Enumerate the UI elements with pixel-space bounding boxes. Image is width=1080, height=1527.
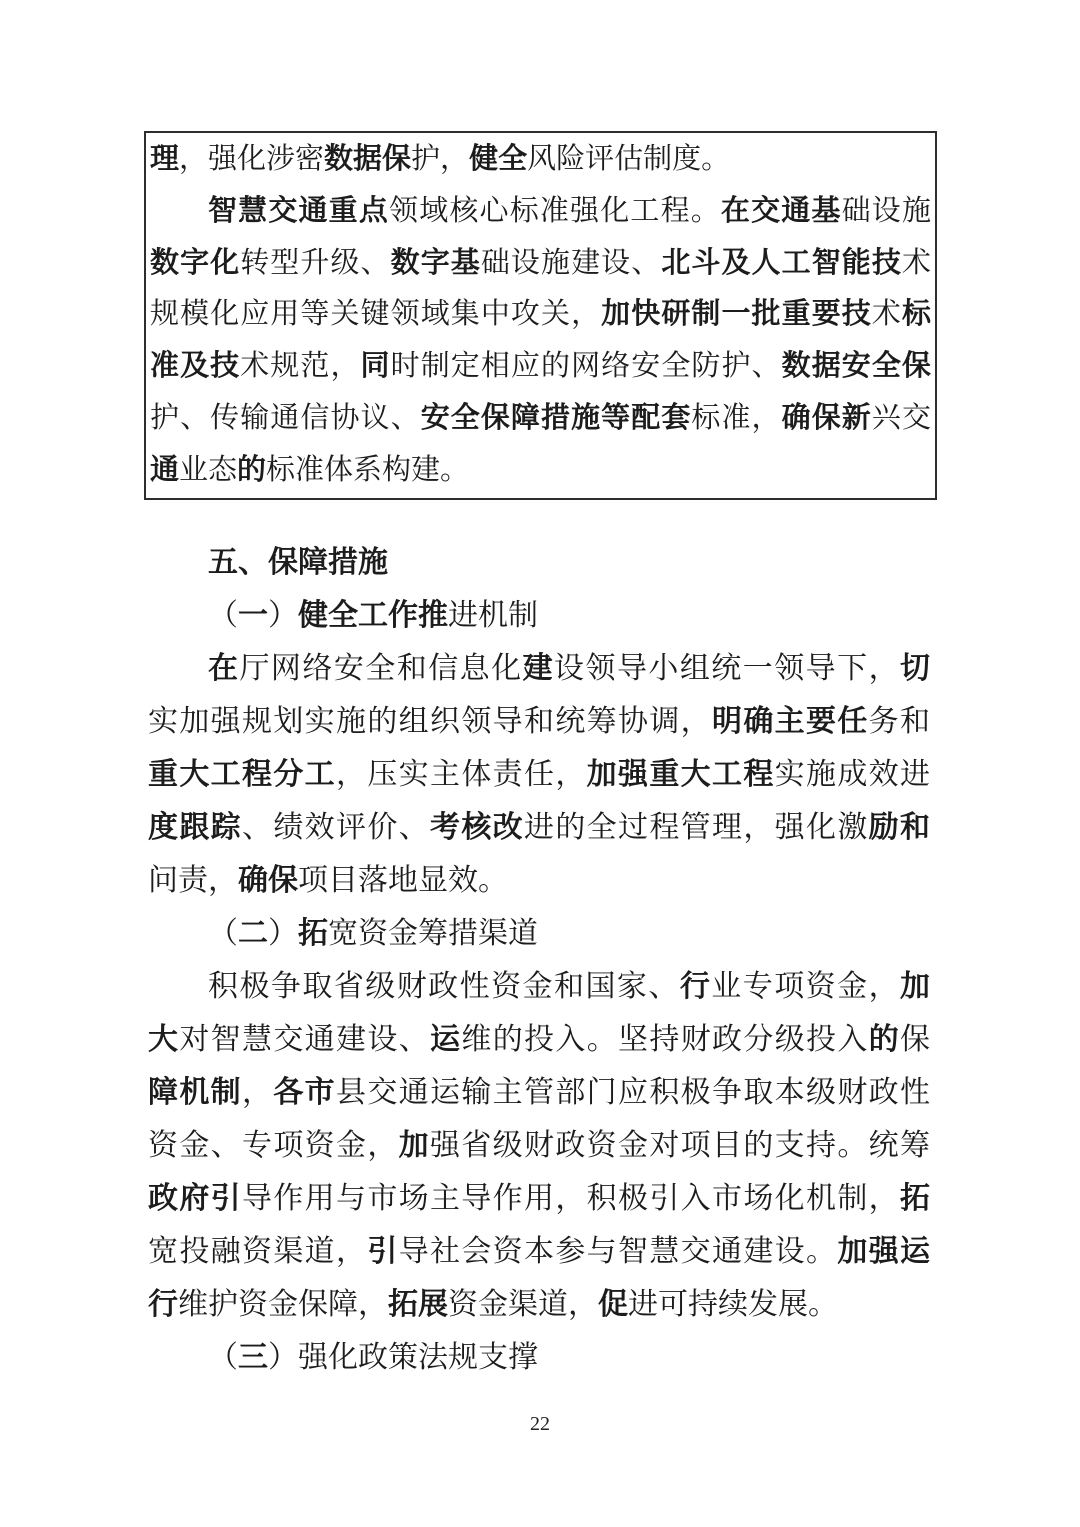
text-segment: 宽投融资渠道， xyxy=(148,1235,367,1268)
text-segment: 导作用与市场主导作用，积极引入市场化机制， xyxy=(242,1182,900,1215)
text-line: 五、保障措施 xyxy=(148,536,930,589)
text-segment: 明确主要任 xyxy=(712,705,869,738)
text-line: 度跟踪、绩效评价、考核改进的全过程管理，强化激励和 xyxy=(148,801,930,854)
text-segment: ，压实主体责任， xyxy=(336,758,587,791)
box-text: 理，强化涉密数据保护，健全风险评估制度。智慧交通重点领域核心标准强化工程。在交通… xyxy=(150,134,931,497)
text-segment: （ xyxy=(208,1341,238,1374)
text-segment: 大 xyxy=(148,1023,179,1056)
text-line: 大对智慧交通建设、运维的投入。坚持财政分级投入的保 xyxy=(148,1013,930,1066)
highlight-box: 理，强化涉密数据保护，健全风险评估制度。智慧交通重点领域核心标准强化工程。在交通… xyxy=(144,131,937,500)
text-segment: 确保新 xyxy=(782,402,872,434)
text-segment: 重大工程分工 xyxy=(148,758,336,791)
text-segment: 同 xyxy=(361,350,391,382)
text-segment: 领域核心标准强化工程。 xyxy=(389,195,721,227)
text-segment: 健全工作推 xyxy=(298,599,448,632)
text-line: 规模化应用等关键领域集中攻关，加快研制一批重要技术标 xyxy=(150,289,931,341)
text-segment: 业专项资金， xyxy=(711,970,900,1003)
text-segment: 问责， xyxy=(148,864,238,897)
text-segment: 数字化 xyxy=(150,247,240,279)
text-segment: 标准， xyxy=(691,402,781,434)
text-segment: 运 xyxy=(430,1023,461,1056)
text-segment: 础设施 xyxy=(842,195,931,227)
text-line: 障机制，各市县交通运输主管部门应积极争取本级财政性 xyxy=(148,1066,930,1119)
page-number: 22 xyxy=(0,1413,1080,1436)
text-segment: 风险评估制度。 xyxy=(527,143,730,175)
text-segment: ） xyxy=(268,599,298,632)
text-segment: 五、保障措施 xyxy=(208,546,388,579)
text-segment: 拓 xyxy=(298,917,328,950)
text-segment: 强化政策法规支撑 xyxy=(298,1341,538,1374)
text-line: 通业态的标准体系构建。 xyxy=(150,445,931,497)
text-segment: 在交通基 xyxy=(721,195,842,227)
text-segment: 护， xyxy=(411,143,469,175)
text-segment: 进可持续发展。 xyxy=(628,1288,838,1321)
text-segment: 实加强规划实施的组织领导和统筹协调， xyxy=(148,705,712,738)
text-line: （三）强化政策法规支撑 xyxy=(148,1331,930,1384)
text-segment: 维护资金保障， xyxy=(178,1288,388,1321)
text-segment: 标 xyxy=(902,298,931,330)
text-segment: 各市 xyxy=(273,1076,336,1109)
text-line: 在厅网络安全和信息化建设领导小组统一领导下，切 xyxy=(148,642,930,695)
text-segment: 进的全过程管理，强化激 xyxy=(524,811,869,844)
text-segment: 县交通运输主管部门应积极争取本级财政性 xyxy=(336,1076,930,1109)
text-segment: 励和 xyxy=(869,811,930,844)
text-segment: 宽资金筹措渠道 xyxy=(328,917,538,950)
text-segment: 实施成效进 xyxy=(775,758,930,791)
text-segment: 引 xyxy=(367,1235,398,1268)
document-page: 理，强化涉密数据保护，健全风险评估制度。智慧交通重点领域核心标准强化工程。在交通… xyxy=(0,0,1080,1527)
text-segment: 时制定相应的网络安全防护、 xyxy=(391,350,782,382)
text-segment: 通 xyxy=(150,454,179,486)
text-line: 积极争取省级财政性资金和国家、行业专项资金，加 xyxy=(148,960,930,1013)
text-segment: 务和 xyxy=(869,705,930,738)
text-segment: 础设施建设、 xyxy=(481,247,661,279)
text-segment: 转型升级、 xyxy=(240,247,390,279)
text-segment: 数据安全保 xyxy=(782,350,931,382)
text-segment: 考核改 xyxy=(430,811,524,844)
text-line: 数字化转型升级、数字基础设施建设、北斗及人工智能技术 xyxy=(150,238,931,290)
text-segment: 切 xyxy=(900,652,930,685)
text-segment: 的 xyxy=(869,1023,900,1056)
text-segment: 行 xyxy=(148,1288,178,1321)
text-segment: 加强运 xyxy=(837,1235,930,1268)
text-segment: 政府引 xyxy=(148,1182,242,1215)
text-segment: 护、传输通信协议、 xyxy=(150,402,421,434)
text-segment: 对智慧交通建设、 xyxy=(179,1023,430,1056)
text-segment: 加 xyxy=(399,1129,430,1162)
text-segment: 数字基 xyxy=(391,247,481,279)
text-segment: 厅网络安全和信息化 xyxy=(239,652,522,685)
text-line: 行维护资金保障，拓展资金渠道，促进可持续发展。 xyxy=(148,1278,930,1331)
text-segment: 一 xyxy=(238,599,268,632)
text-segment: 项目落地显效。 xyxy=(298,864,508,897)
text-segment: 保 xyxy=(900,1023,930,1056)
text-segment: 标准体系构建。 xyxy=(266,454,469,486)
text-segment: 术 xyxy=(872,298,902,330)
text-segment: 加强重大工程 xyxy=(587,758,775,791)
body-text: 五、保障措施（一）健全工作推进机制在厅网络安全和信息化建设领导小组统一领导下，切… xyxy=(148,536,930,1384)
text-line: 政府引导作用与市场主导作用，积极引入市场化机制，拓 xyxy=(148,1172,930,1225)
text-line: （一）健全工作推进机制 xyxy=(148,589,930,642)
text-segment: 积极争取省级财政性资金和国家、 xyxy=(208,970,680,1003)
text-segment: 安全保障措施等配套 xyxy=(421,402,692,434)
text-segment: 智慧交通重点 xyxy=(208,195,389,227)
text-segment: 健全 xyxy=(469,143,527,175)
text-segment: 建 xyxy=(523,652,554,685)
text-line: 重大工程分工，压实主体责任，加强重大工程实施成效进 xyxy=(148,748,930,801)
text-segment: 三 xyxy=(238,1341,268,1374)
text-segment: 在 xyxy=(208,652,239,685)
text-line: 护、传输通信协议、安全保障措施等配套标准，确保新兴交 xyxy=(150,393,931,445)
text-segment: 、绩效评价、 xyxy=(242,811,430,844)
text-segment: 业态 xyxy=(179,454,237,486)
text-segment: 资金渠道， xyxy=(448,1288,598,1321)
text-segment: 理 xyxy=(150,143,179,175)
text-segment: 加 xyxy=(900,970,930,1003)
text-line: 理，强化涉密数据保护，健全风险评估制度。 xyxy=(150,134,931,186)
text-segment: 兴交 xyxy=(872,402,931,434)
text-segment: 行 xyxy=(680,970,711,1003)
text-line: 准及技术规范，同时制定相应的网络安全防护、数据安全保 xyxy=(150,341,931,393)
text-segment: 数据保 xyxy=(324,143,411,175)
text-segment: （ xyxy=(208,917,238,950)
text-line: 智慧交通重点领域核心标准强化工程。在交通基础设施 xyxy=(150,186,931,238)
text-segment: 确保 xyxy=(238,864,298,897)
text-line: 宽投融资渠道，引导社会资本参与智慧交通建设。加强运 xyxy=(148,1225,930,1278)
text-segment: 规模化应用等关键领域集中攻关， xyxy=(150,298,601,330)
text-segment: ， xyxy=(242,1076,273,1109)
text-line: 实加强规划实施的组织领导和统筹协调，明确主要任务和 xyxy=(148,695,930,748)
text-segment: ，强化涉密 xyxy=(179,143,324,175)
text-segment: （ xyxy=(208,599,238,632)
text-segment: ） xyxy=(268,1341,298,1374)
text-segment: 准及技 xyxy=(150,350,240,382)
text-line: 问责，确保项目落地显效。 xyxy=(148,854,930,907)
text-segment: 导社会资本参与智慧交通建设。 xyxy=(399,1235,838,1268)
text-segment: 拓展 xyxy=(388,1288,448,1321)
text-segment: 拓 xyxy=(900,1182,930,1215)
text-segment: 加快研制一批重要技 xyxy=(601,298,872,330)
text-segment: 设领导小组统一领导下， xyxy=(554,652,900,685)
text-segment: 二 xyxy=(238,917,268,950)
text-segment: 的 xyxy=(237,454,266,486)
text-segment: 度跟踪 xyxy=(148,811,242,844)
text-segment: 强省级财政资金对项目的支持。统筹 xyxy=(430,1129,930,1162)
text-line: 资金、专项资金，加强省级财政资金对项目的支持。统筹 xyxy=(148,1119,930,1172)
text-segment: 术规范， xyxy=(240,350,360,382)
text-segment: 北斗及人工智能技 xyxy=(661,247,902,279)
text-segment: 进机制 xyxy=(448,599,538,632)
text-segment: 维的投入。坚持财政分级投入 xyxy=(461,1023,868,1056)
text-segment: 促 xyxy=(598,1288,628,1321)
text-segment: 障机制 xyxy=(148,1076,242,1109)
text-segment: 术 xyxy=(902,247,931,279)
text-segment: 资金、专项资金， xyxy=(148,1129,399,1162)
text-line: （二）拓宽资金筹措渠道 xyxy=(148,907,930,960)
text-segment: ） xyxy=(268,917,298,950)
